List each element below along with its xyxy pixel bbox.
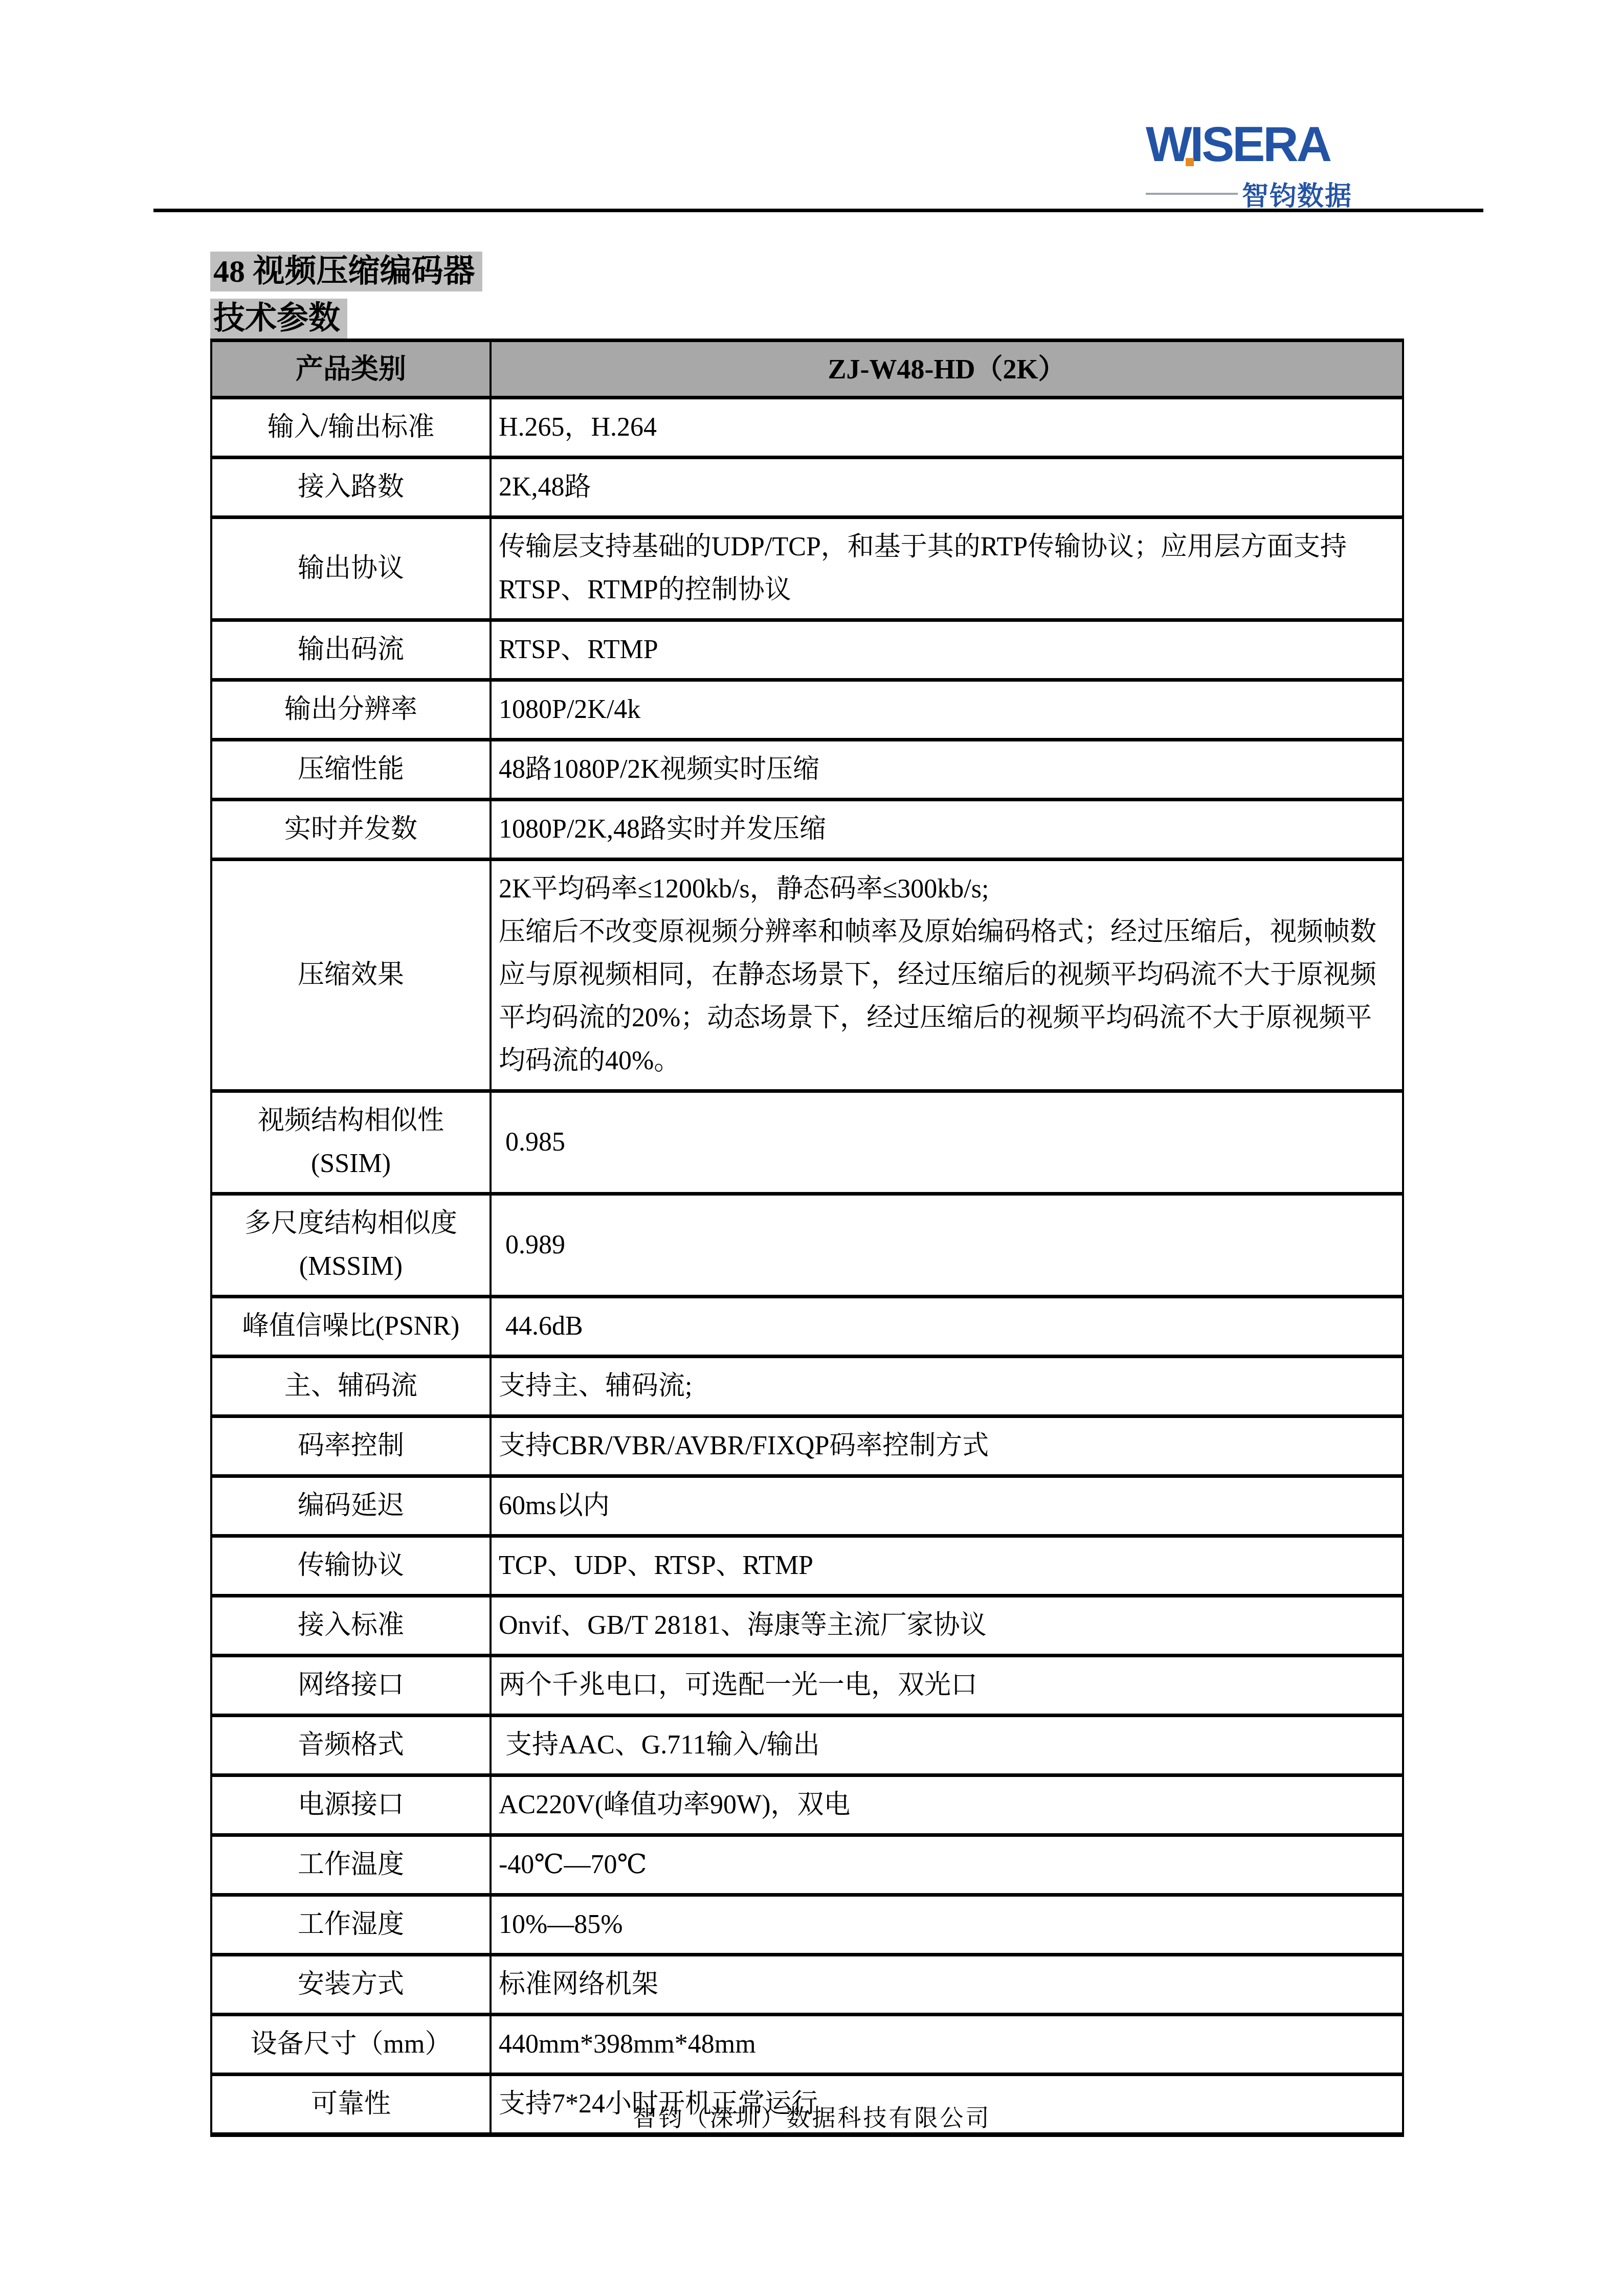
spec-value: Onvif、GB/T 28181、海康等主流厂家协议 — [491, 1596, 1403, 1656]
spec-value: 标准网络机架 — [491, 1955, 1403, 2015]
spec-value: 48路1080P/2K视频实时压缩 — [491, 740, 1403, 800]
company-logo: WISERA 智钧数据 — [1146, 120, 1391, 213]
spec-label: 安装方式 — [211, 1955, 491, 2015]
table-row: 主、辅码流 支持主、辅码流; — [211, 1357, 1403, 1416]
table-row: 压缩效果 2K平均码率≤1200kb/s，静态码率≤300kb/s; 压缩后不改… — [211, 860, 1403, 1091]
table-row: 码率控制 支持CBR/VBR/AVBR/FIXQP码率控制方式 — [211, 1416, 1403, 1476]
spec-label: 峰值信噪比(PSNR) — [211, 1297, 491, 1357]
table-row: 电源接口 AC220V(峰值功率90W)，双电 — [211, 1775, 1403, 1835]
spec-value: 支持CBR/VBR/AVBR/FIXQP码率控制方式 — [491, 1416, 1403, 1476]
spec-value: H.265，H.264 — [491, 398, 1403, 458]
spec-table-header: 产品类别 ZJ-W48-HD（2K） — [211, 341, 1403, 398]
spec-value: 2K,48路 — [491, 458, 1403, 517]
spec-label: 音频格式 — [211, 1716, 491, 1775]
spec-label: 电源接口 — [211, 1775, 491, 1835]
spec-value: 2K平均码率≤1200kb/s，静态码率≤300kb/s; 压缩后不改变原视频分… — [491, 860, 1403, 1091]
spec-value: 1080P/2K,48路实时并发压缩 — [491, 800, 1403, 860]
page-subtitle-text: 技术参数 — [210, 299, 347, 339]
spec-table-body: 输入/输出标准 H.265，H.264 接入路数 2K,48路 输出协议 传输层… — [211, 398, 1403, 2135]
spec-label: 工作温度 — [211, 1835, 491, 1895]
table-row: 设备尺寸（mm） 440mm*398mm*48mm — [211, 2015, 1403, 2075]
spec-value: 两个千兆电口，可选配一光一电，双光口 — [491, 1656, 1403, 1716]
table-row: 网络接口 两个千兆电口，可选配一光一电，双光口 — [211, 1656, 1403, 1716]
table-row: 输出协议 传输层支持基础的UDP/TCP，和基于其的RTP传输协议；应用层方面支… — [211, 517, 1403, 620]
spec-label: 压缩性能 — [211, 740, 491, 800]
spec-label: 实时并发数 — [211, 800, 491, 860]
spec-value: 0.985 — [491, 1091, 1403, 1194]
spec-label: 视频结构相似性 (SSIM) — [211, 1091, 491, 1194]
spec-value: 0.989 — [491, 1194, 1403, 1297]
logo-divider-line — [1146, 193, 1238, 195]
spec-value: TCP、UDP、RTSP、RTMP — [491, 1536, 1403, 1596]
spec-table: 产品类别 ZJ-W48-HD（2K） 输入/输出标准 H.265，H.264 接… — [210, 339, 1404, 2137]
spec-value: RTSP、RTMP — [491, 620, 1403, 680]
section-titles: 48 视频压缩编码器 技术参数 — [210, 252, 482, 346]
table-row: 传输协议 TCP、UDP、RTSP、RTMP — [211, 1536, 1403, 1596]
header-product-model: ZJ-W48-HD（2K） — [491, 341, 1403, 398]
page-title: 48 视频压缩编码器 — [210, 252, 482, 291]
table-row: 输入/输出标准 H.265，H.264 — [211, 398, 1403, 458]
table-row: 输出码流 RTSP、RTMP — [211, 620, 1403, 680]
table-row: 视频结构相似性 (SSIM) 0.985 — [211, 1091, 1403, 1194]
logo-tagline: 智钧数据 — [1242, 174, 1352, 213]
spec-label: 传输协议 — [211, 1536, 491, 1596]
logo-tagline-row: 智钧数据 — [1146, 174, 1391, 213]
table-row: 接入路数 2K,48路 — [211, 458, 1403, 517]
spec-label: 输出协议 — [211, 517, 491, 620]
table-row: 工作温度 -40℃—70℃ — [211, 1835, 1403, 1895]
page-subtitle: 技术参数 — [210, 299, 482, 339]
spec-label: 网络接口 — [211, 1656, 491, 1716]
header-horizontal-rule — [153, 209, 1483, 212]
logo-orange-dot-icon — [1186, 158, 1194, 166]
logo-wordmark: WISERA — [1146, 120, 1330, 169]
spec-value: 44.6dB — [491, 1297, 1403, 1357]
table-row: 峰值信噪比(PSNR) 44.6dB — [211, 1297, 1403, 1357]
spec-value: 60ms以内 — [491, 1476, 1403, 1536]
table-row: 工作湿度 10%—85% — [211, 1895, 1403, 1955]
table-row: 安装方式 标准网络机架 — [211, 1955, 1403, 2015]
table-row: 压缩性能 48路1080P/2K视频实时压缩 — [211, 740, 1403, 800]
table-row: 输出分辨率 1080P/2K/4k — [211, 680, 1403, 740]
spec-label: 输出码流 — [211, 620, 491, 680]
page-title-text: 48 视频压缩编码器 — [210, 252, 482, 291]
spec-label: 编码延迟 — [211, 1476, 491, 1536]
spec-label: 多尺度结构相似度 (MSSIM) — [211, 1194, 491, 1297]
table-row: 编码延迟 60ms以内 — [211, 1476, 1403, 1536]
table-row: 音频格式 支持AAC、G.711输入/输出 — [211, 1716, 1403, 1775]
table-header-row: 产品类别 ZJ-W48-HD（2K） — [211, 341, 1403, 398]
spec-value: 10%—85% — [491, 1895, 1403, 1955]
spec-label: 主、辅码流 — [211, 1357, 491, 1416]
spec-label: 接入路数 — [211, 458, 491, 517]
logo-brand-text: WISERA — [1146, 117, 1330, 172]
footer-company-name: 智钧（深圳）数据科技有限公司 — [0, 2099, 1624, 2133]
spec-value: -40℃—70℃ — [491, 1835, 1403, 1895]
table-row: 接入标准 Onvif、GB/T 28181、海康等主流厂家协议 — [211, 1596, 1403, 1656]
spec-label: 码率控制 — [211, 1416, 491, 1476]
spec-label: 输入/输出标准 — [211, 398, 491, 458]
document-page: WISERA 智钧数据 48 视频压缩编码器 技术参数 产品类别 ZJ-W48-… — [0, 0, 1624, 2296]
header-product-category: 产品类别 — [211, 341, 491, 398]
spec-label: 接入标准 — [211, 1596, 491, 1656]
spec-label: 输出分辨率 — [211, 680, 491, 740]
spec-value: 传输层支持基础的UDP/TCP，和基于其的RTP传输协议；应用层方面支持RTSP… — [491, 517, 1403, 620]
table-row: 实时并发数 1080P/2K,48路实时并发压缩 — [211, 800, 1403, 860]
spec-value: AC220V(峰值功率90W)，双电 — [491, 1775, 1403, 1835]
spec-value: 支持主、辅码流; — [491, 1357, 1403, 1416]
spec-label: 工作湿度 — [211, 1895, 491, 1955]
spec-value: 440mm*398mm*48mm — [491, 2015, 1403, 2075]
table-row: 多尺度结构相似度 (MSSIM) 0.989 — [211, 1194, 1403, 1297]
spec-value: 1080P/2K/4k — [491, 680, 1403, 740]
spec-label: 压缩效果 — [211, 860, 491, 1091]
spec-value: 支持AAC、G.711输入/输出 — [491, 1716, 1403, 1775]
spec-label: 设备尺寸（mm） — [211, 2015, 491, 2075]
